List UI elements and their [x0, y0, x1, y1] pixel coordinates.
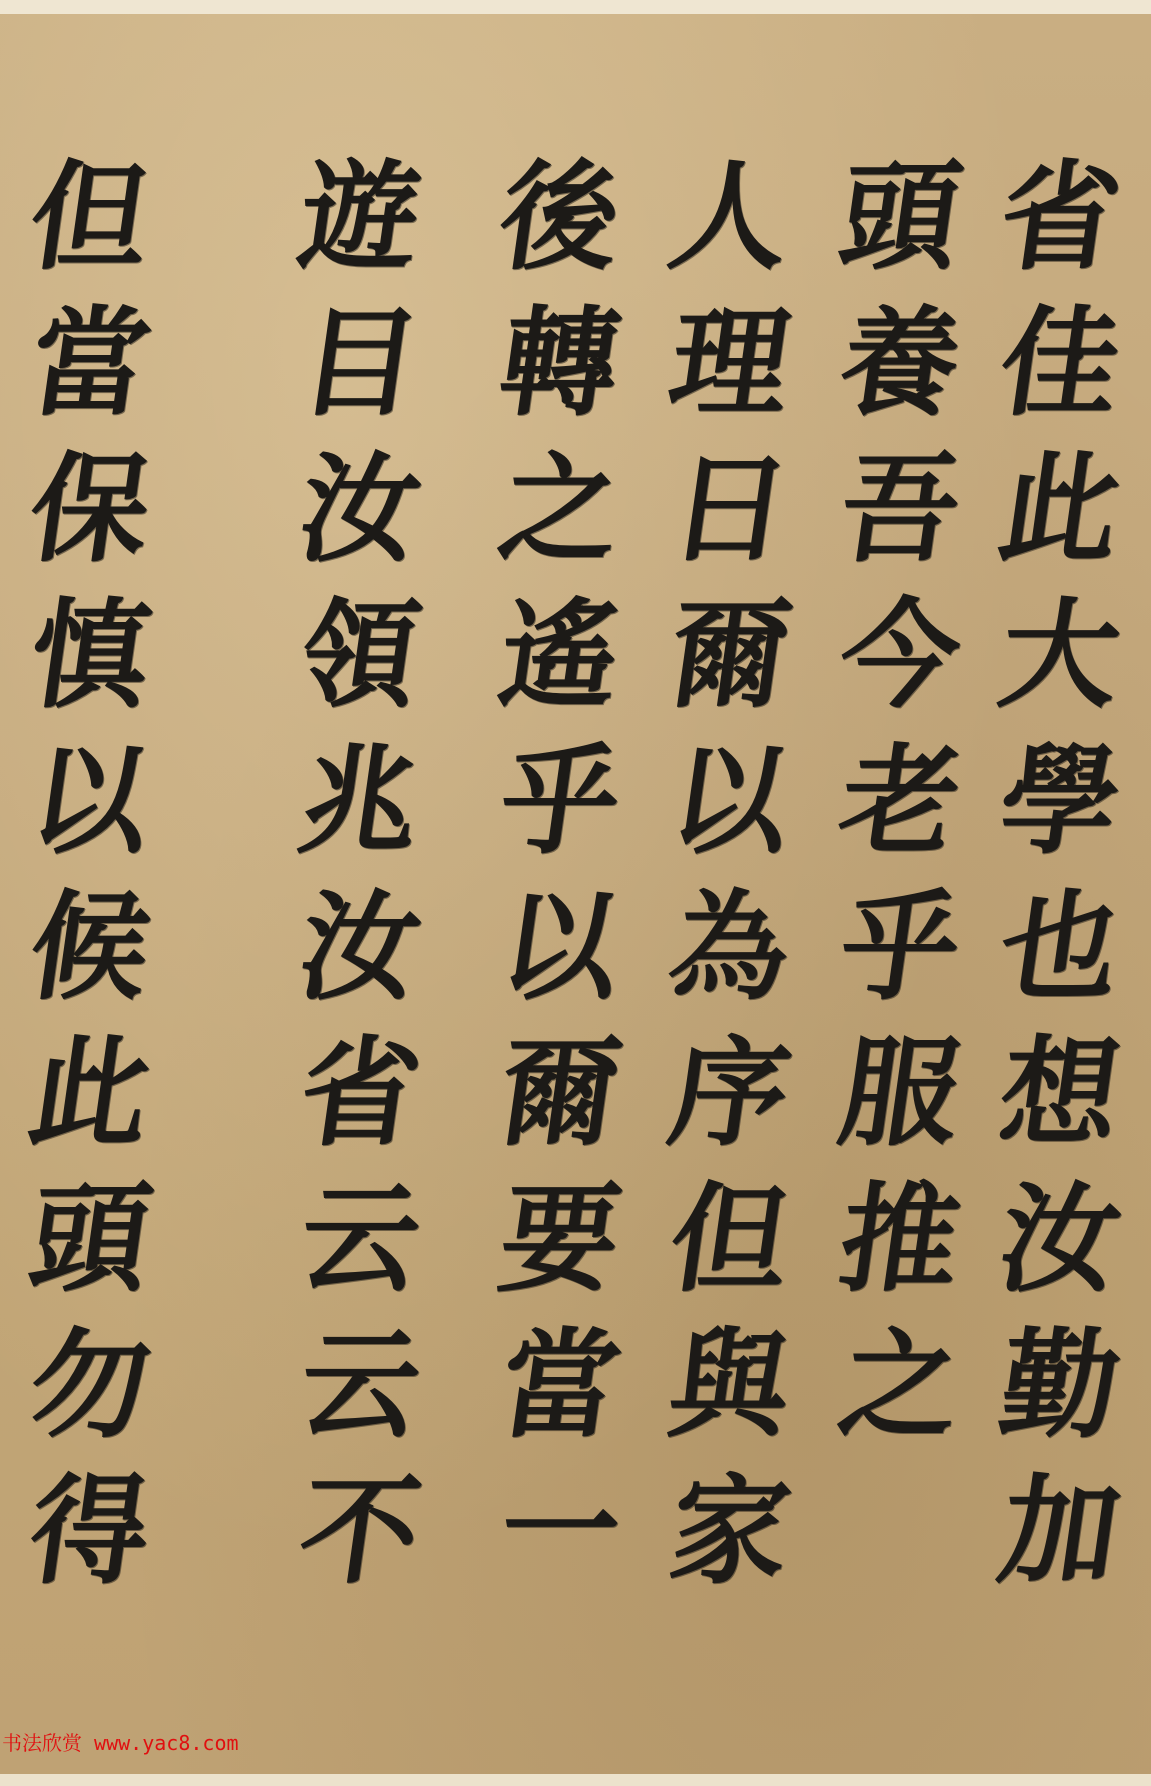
glyph: 爾: [491, 1020, 630, 1166]
glyph: 佳: [991, 290, 1130, 436]
glyph: 吾: [831, 436, 970, 582]
glyph: 老: [831, 728, 970, 874]
glyph: 服: [831, 1020, 970, 1166]
glyph: 人: [661, 144, 800, 290]
glyph: 一: [491, 1458, 630, 1604]
glyph: 省: [991, 144, 1130, 290]
glyph: 轉: [491, 290, 630, 436]
glyph: 之: [831, 1312, 970, 1458]
glyph: 以: [491, 874, 630, 1020]
glyph: 保: [21, 436, 160, 582]
glyph: 勤: [991, 1312, 1130, 1458]
glyph: 之: [491, 436, 630, 582]
glyph: 兆: [291, 728, 430, 874]
glyph: 但: [661, 1166, 800, 1312]
glyph: 頭: [831, 144, 970, 290]
glyph: 汝: [291, 874, 430, 1020]
calligraphy-column-2: 頭 養 吾 今 老 乎 服 推 之: [840, 144, 960, 1458]
scroll-bottom-edge: [0, 1774, 1151, 1786]
glyph: 汝: [291, 436, 430, 582]
glyph: 遊: [291, 144, 430, 290]
glyph: 當: [21, 290, 160, 436]
glyph: 云: [291, 1312, 430, 1458]
glyph: 序: [661, 1020, 800, 1166]
glyph: 大: [991, 582, 1130, 728]
glyph: 云: [291, 1166, 430, 1312]
glyph: 以: [661, 728, 800, 874]
glyph: 也: [991, 874, 1130, 1020]
glyph: 得: [21, 1458, 160, 1604]
calligraphy-column-6: 但 當 保 慎 以 候 此 頭 勿 得: [30, 144, 150, 1604]
glyph: 後: [491, 144, 630, 290]
glyph: 為: [661, 874, 800, 1020]
glyph: 與: [661, 1312, 800, 1458]
glyph: 日: [661, 436, 800, 582]
scroll-top-edge: [0, 0, 1151, 14]
calligraphy-column-1: 省 佳 此 大 學 也 想 汝 勤 加: [1000, 144, 1120, 1604]
glyph: 但: [21, 144, 160, 290]
glyph: 此: [21, 1020, 160, 1166]
glyph: 以: [21, 728, 160, 874]
glyph: 汝: [991, 1166, 1130, 1312]
glyph: 理: [661, 290, 800, 436]
glyph: 想: [991, 1020, 1130, 1166]
calligraphy-column-3: 人 理 日 爾 以 為 序 但 與 家: [670, 144, 790, 1604]
calligraphy-column-5: 遊 目 汝 領 兆 汝 省 云 云 不: [300, 144, 420, 1604]
glyph: 頭: [21, 1166, 160, 1312]
glyph: 加: [991, 1458, 1130, 1604]
calligraphy-column-4: 後 轉 之 遙 乎 以 爾 要 當 一: [500, 144, 620, 1604]
site-watermark: 书法欣赏 www.yac8.com: [2, 1727, 239, 1756]
glyph: 勿: [21, 1312, 160, 1458]
glyph: 目: [291, 290, 430, 436]
glyph: 家: [661, 1458, 800, 1604]
glyph: 候: [21, 874, 160, 1020]
glyph: 乎: [491, 728, 630, 874]
glyph: 省: [291, 1020, 430, 1166]
glyph: 當: [491, 1312, 630, 1458]
glyph: 今: [831, 582, 970, 728]
glyph: 遙: [491, 582, 630, 728]
glyph: 爾: [661, 582, 800, 728]
glyph: 學: [991, 728, 1130, 874]
calligraphy-paper: 省 佳 此 大 學 也 想 汝 勤 加 頭 養 吾 今 老 乎 服 推 之 人 …: [0, 14, 1151, 1774]
glyph: 慎: [21, 582, 160, 728]
glyph: 養: [831, 290, 970, 436]
glyph: 領: [291, 582, 430, 728]
glyph: 不: [291, 1458, 430, 1604]
glyph: 此: [991, 436, 1130, 582]
glyph: 推: [831, 1166, 970, 1312]
glyph: 要: [491, 1166, 630, 1312]
glyph: 乎: [831, 874, 970, 1020]
